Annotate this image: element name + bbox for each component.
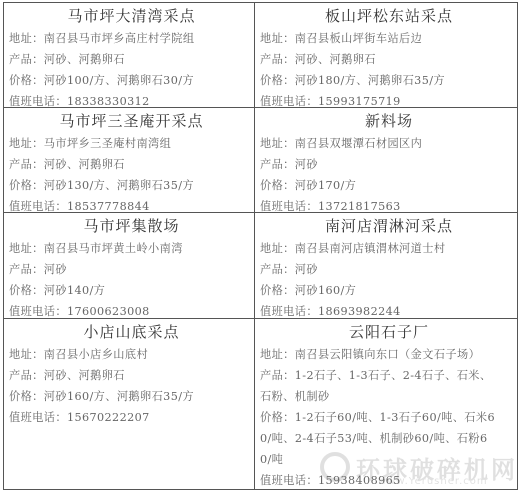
quarry-info-table: 马市坪大清湾采点 地址：南召县马市坪乡高庄村学院组 产品：河砂、河鹅卵石 价格：… xyxy=(3,2,518,490)
site-price: 价格：河砂170/方 xyxy=(260,175,518,196)
site-name: 云阳石子厂 xyxy=(260,321,518,344)
site-price: 价格：河砂130/方、河鹅卵石35/方 xyxy=(9,175,254,196)
site-cell-majiping-daqingwan: 马市坪大清湾采点 地址：南召县马市坪乡高庄村学院组 产品：河砂、河鹅卵石 价格：… xyxy=(4,3,254,107)
site-products: 产品：河砂 xyxy=(9,259,254,280)
site-name: 马市坪三圣庵开采点 xyxy=(9,110,254,133)
site-address: 地址：南召县马市坪乡高庄村学院组 xyxy=(9,28,254,49)
site-cell-nanhedian-weilinhe: 南河店渭淋河采点 地址：南召县南河店镇渭林河道士村 产品：河砂 价格：河砂160… xyxy=(255,213,518,318)
site-name: 新料场 xyxy=(260,110,518,133)
site-phone: 值班电话：15670222207 xyxy=(9,407,254,428)
site-address: 地址：马市坪乡三圣庵村南湾组 xyxy=(9,133,254,154)
site-cell-majiping-sanshengan: 马市坪三圣庵开采点 地址：马市坪乡三圣庵村南湾组 产品：河砂、河鹅卵石 价格：河… xyxy=(4,108,254,212)
site-products: 产品：河砂 xyxy=(260,259,518,280)
site-products: 产品：1-2石子、1-3石子、2-4石子、石米、 xyxy=(260,365,518,386)
site-price: 价格：河砂180/方、河鹅卵石35/方 xyxy=(260,70,518,91)
site-name: 马市坪大清湾采点 xyxy=(9,5,254,28)
site-price: 价格：1-2石子60/吨、1-3石子60/吨、石米6 xyxy=(260,407,518,428)
site-name: 小店山底采点 xyxy=(9,321,254,344)
site-price: 价格：河砂160/方、河鹅卵石35/方 xyxy=(9,386,254,407)
site-address: 地址：南召县云阳镇向东口（金文石子场） xyxy=(260,344,518,365)
site-products: 产品：河砂、河鹅卵石 xyxy=(9,49,254,70)
site-products-cont: 石粉、机制砂 xyxy=(260,386,518,407)
site-products: 产品：河砂 xyxy=(260,154,518,175)
site-address: 地址：南召县南河店镇渭林河道士村 xyxy=(260,238,518,259)
site-cell-yunyang-shizichang: 云阳石子厂 地址：南召县云阳镇向东口（金文石子场） 产品：1-2石子、1-3石子… xyxy=(255,319,518,489)
site-cell-banshanping-songdongzhan: 板山坪松东站采点 地址：南召县板山坪街车站后边 产品：河砂、河鹅卵石 价格：河砂… xyxy=(255,3,518,107)
site-price: 价格：河砂100/方、河鹅卵石30/方 xyxy=(9,70,254,91)
site-cell-xiaodian-shandi: 小店山底采点 地址：南召县小店乡山底村 产品：河砂、河鹅卵石 价格：河砂160/… xyxy=(4,319,254,489)
site-cell-xinliaochang: 新料场 地址：南召县双堰潭石材园区内 产品：河砂 价格：河砂170/方 值班电话… xyxy=(255,108,518,212)
site-price: 价格：河砂140/方 xyxy=(9,280,254,301)
site-address: 地址：南召县马市坪黄土岭小南湾 xyxy=(9,238,254,259)
site-price: 价格：河砂160/方 xyxy=(260,280,518,301)
site-address: 地址：南召县小店乡山底村 xyxy=(9,344,254,365)
site-address: 地址：南召县板山坪街车站后边 xyxy=(260,28,518,49)
site-name: 板山坪松东站采点 xyxy=(260,5,518,28)
site-products: 产品：河砂、河鹅卵石 xyxy=(260,49,518,70)
site-address: 地址：南召县双堰潭石材园区内 xyxy=(260,133,518,154)
site-name: 马市坪集散场 xyxy=(9,215,254,238)
site-cell-majiping-jisanchang: 马市坪集散场 地址：南召县马市坪黄土岭小南湾 产品：河砂 价格：河砂140/方 … xyxy=(4,213,254,318)
site-name: 南河店渭淋河采点 xyxy=(260,215,518,238)
site-price-cont: 0/吨 xyxy=(260,449,518,470)
site-phone: 值班电话：15938408965 xyxy=(260,470,518,491)
site-products: 产品：河砂、河鹅卵石 xyxy=(9,154,254,175)
site-price-cont: 0/吨、2-4石子53/吨、机制砂60/吨、石粉6 xyxy=(260,428,518,449)
site-products: 产品：河砂、河鹅卵石 xyxy=(9,365,254,386)
